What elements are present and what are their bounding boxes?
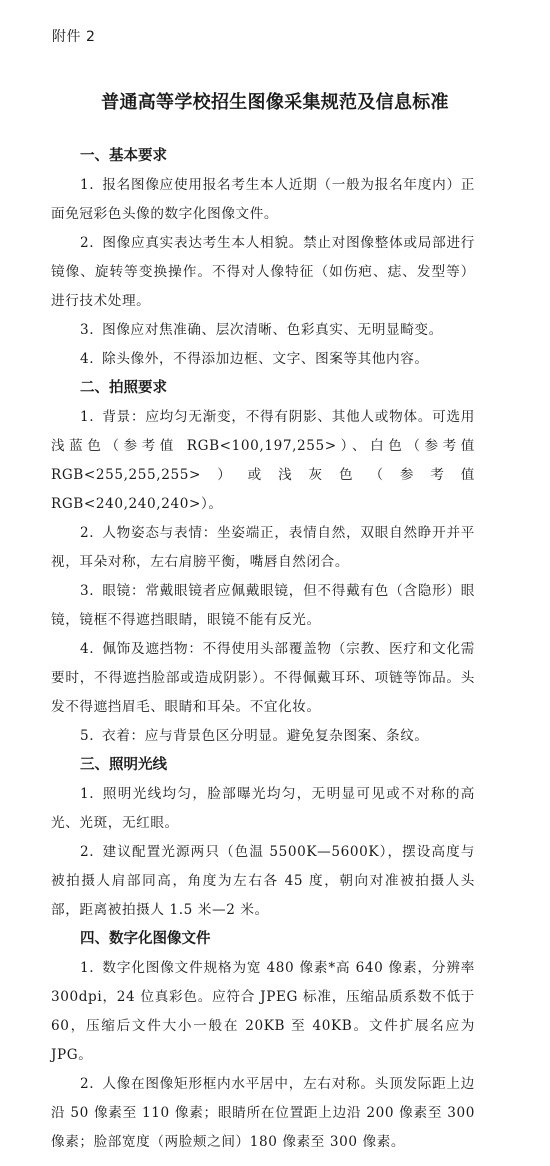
- item-text: 背景：应均匀无渐变，不得有阴影、其他人或物体。可选用浅蓝色（参考值 RGB<10…: [51, 409, 475, 512]
- list-item: 1.数字化图像文件规格为宽 480 像素*高 640 像素，分辨率 300dpi…: [51, 954, 475, 1070]
- list-item: 1.报名图像应使用报名考生本人近期（一般为报名年度内）正面免冠彩色头像的数字化图…: [51, 171, 475, 229]
- list-item: 5.衣着：应与背景色区分明显。避免复杂图案、条纹。: [51, 722, 475, 751]
- list-item: 4.佩饰及遮挡物：不得使用头部覆盖物（宗教、医疗和文化需要时，不得遮挡脸部或造成…: [51, 635, 475, 722]
- item-number: 3.: [80, 583, 94, 599]
- item-number: 2.: [80, 1076, 94, 1092]
- section-digital-image-file: 四、数字化图像文件 1.数字化图像文件规格为宽 480 像素*高 640 像素，…: [51, 925, 475, 1157]
- item-number: 1.: [80, 177, 94, 193]
- item-number: 4.: [80, 641, 94, 657]
- section-heading: 一、基本要求: [51, 142, 475, 171]
- list-item: 2.人像在图像矩形框内水平居中，左右对称。头顶发际距上边沿 50 像素至 110…: [51, 1070, 475, 1157]
- item-number: 4.: [80, 351, 94, 367]
- item-number: 2.: [80, 844, 94, 860]
- list-item: 2.建议配置光源两只（色温 5500K—5600K），摆设高度与被拍摄人肩部同高…: [51, 838, 475, 925]
- item-text: 建议配置光源两只（色温 5500K—5600K），摆设高度与被拍摄人肩部同高，角…: [51, 844, 475, 918]
- section-heading: 四、数字化图像文件: [51, 925, 475, 954]
- item-text: 佩饰及遮挡物：不得使用头部覆盖物（宗教、医疗和文化需要时，不得遮挡脸部或造成阴影…: [51, 641, 475, 715]
- list-item: 3.眼镜：常戴眼镜者应佩戴眼镜，但不得戴有色（含隐形）眼镜，镜框不得遮挡眼睛，眼…: [51, 577, 475, 635]
- list-item: 4.除头像外，不得添加边框、文字、图案等其他内容。: [51, 345, 475, 374]
- item-number: 2.: [80, 525, 94, 541]
- item-text: 图像应真实表达考生本人相貌。禁止对图像整体或局部进行镜像、旋转等变换操作。不得对…: [51, 235, 475, 309]
- item-number: 1.: [80, 786, 94, 802]
- item-number: 1.: [80, 409, 94, 425]
- list-item: 2.图像应真实表达考生本人相貌。禁止对图像整体或局部进行镜像、旋转等变换操作。不…: [51, 229, 475, 316]
- list-item: 2.人物姿态与表情：坐姿端正，表情自然，双眼自然睁开并平视，耳朵对称，左右肩膀平…: [51, 519, 475, 577]
- document-title: 普通高等学校招生图像采集规范及信息标准: [0, 88, 550, 114]
- list-item: 3.图像应对焦准确、层次清晰、色彩真实、无明显畸变。: [51, 316, 475, 345]
- item-text: 衣着：应与背景色区分明显。避免复杂图案、条纹。: [102, 728, 428, 744]
- item-text: 除头像外，不得添加边框、文字、图案等其他内容。: [102, 351, 428, 367]
- item-number: 2.: [80, 235, 94, 251]
- attachment-label: 附件 2: [52, 26, 95, 46]
- item-text: 人像在图像矩形框内水平居中，左右对称。头顶发际距上边沿 50 像素至 110 像…: [51, 1076, 475, 1150]
- list-item: 1.背景：应均匀无渐变，不得有阴影、其他人或物体。可选用浅蓝色（参考值 RGB<…: [51, 403, 475, 519]
- item-number: 1.: [80, 960, 94, 976]
- item-text: 数字化图像文件规格为宽 480 像素*高 640 像素，分辨率 300dpi，2…: [51, 960, 475, 1063]
- section-heading: 三、照明光线: [51, 751, 475, 780]
- item-text: 报名图像应使用报名考生本人近期（一般为报名年度内）正面免冠彩色头像的数字化图像文…: [51, 177, 475, 222]
- item-number: 5.: [80, 728, 94, 744]
- list-item: 1.照明光线均匀，脸部曝光均匀，无明显可见或不对称的高光、光斑，无红眼。: [51, 780, 475, 838]
- section-photo-requirements: 二、拍照要求 1.背景：应均匀无渐变，不得有阴影、其他人或物体。可选用浅蓝色（参…: [51, 374, 475, 751]
- item-text: 图像应对焦准确、层次清晰、色彩真实、无明显畸变。: [102, 322, 443, 338]
- section-heading: 二、拍照要求: [51, 374, 475, 403]
- item-text: 照明光线均匀，脸部曝光均匀，无明显可见或不对称的高光、光斑，无红眼。: [51, 786, 475, 831]
- document-body: 一、基本要求 1.报名图像应使用报名考生本人近期（一般为报名年度内）正面免冠彩色…: [51, 142, 475, 1157]
- item-number: 3.: [80, 322, 94, 338]
- section-basic-requirements: 一、基本要求 1.报名图像应使用报名考生本人近期（一般为报名年度内）正面免冠彩色…: [51, 142, 475, 374]
- section-lighting: 三、照明光线 1.照明光线均匀，脸部曝光均匀，无明显可见或不对称的高光、光斑，无…: [51, 751, 475, 925]
- item-text: 眼镜：常戴眼镜者应佩戴眼镜，但不得戴有色（含隐形）眼镜，镜框不得遮挡眼睛，眼镜不…: [51, 583, 475, 628]
- item-text: 人物姿态与表情：坐姿端正，表情自然，双眼自然睁开并平视，耳朵对称，左右肩膀平衡，…: [51, 525, 475, 570]
